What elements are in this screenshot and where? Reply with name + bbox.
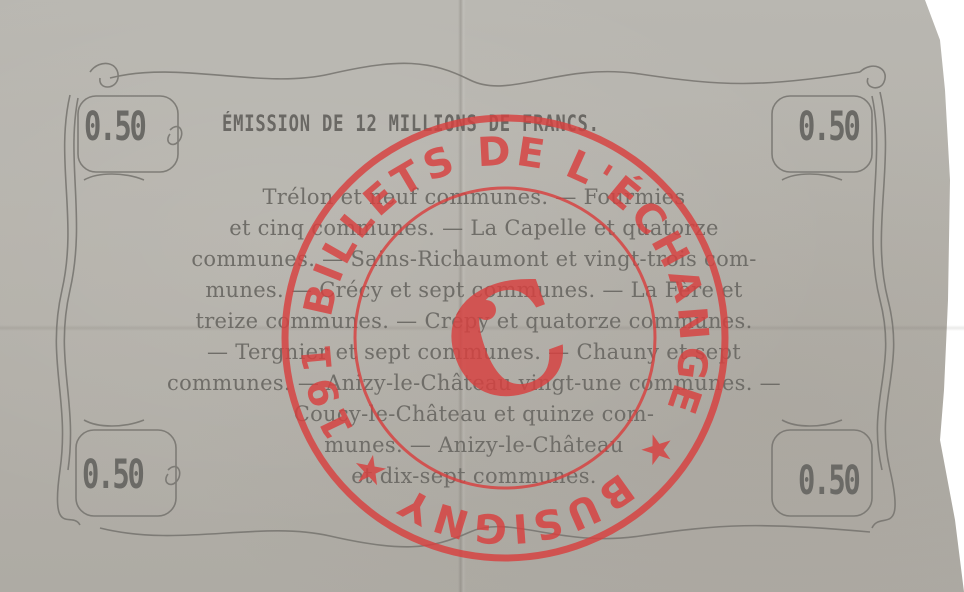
stamp-monogram: C [421, 240, 593, 446]
svg-text:BILLETS DE L'ÉCHANGE ★ BUSIGNY: BILLETS DE L'ÉCHANGE ★ BUSIGNY ★ 1914 [0, 0, 717, 552]
stamp-ring-text: BILLETS DE L'ÉCHANGE ★ BUSIGNY ★ 1914 [0, 0, 717, 552]
red-circular-stamp: BILLETS DE L'ÉCHANGE ★ BUSIGNY ★ 1914 C [0, 0, 964, 592]
